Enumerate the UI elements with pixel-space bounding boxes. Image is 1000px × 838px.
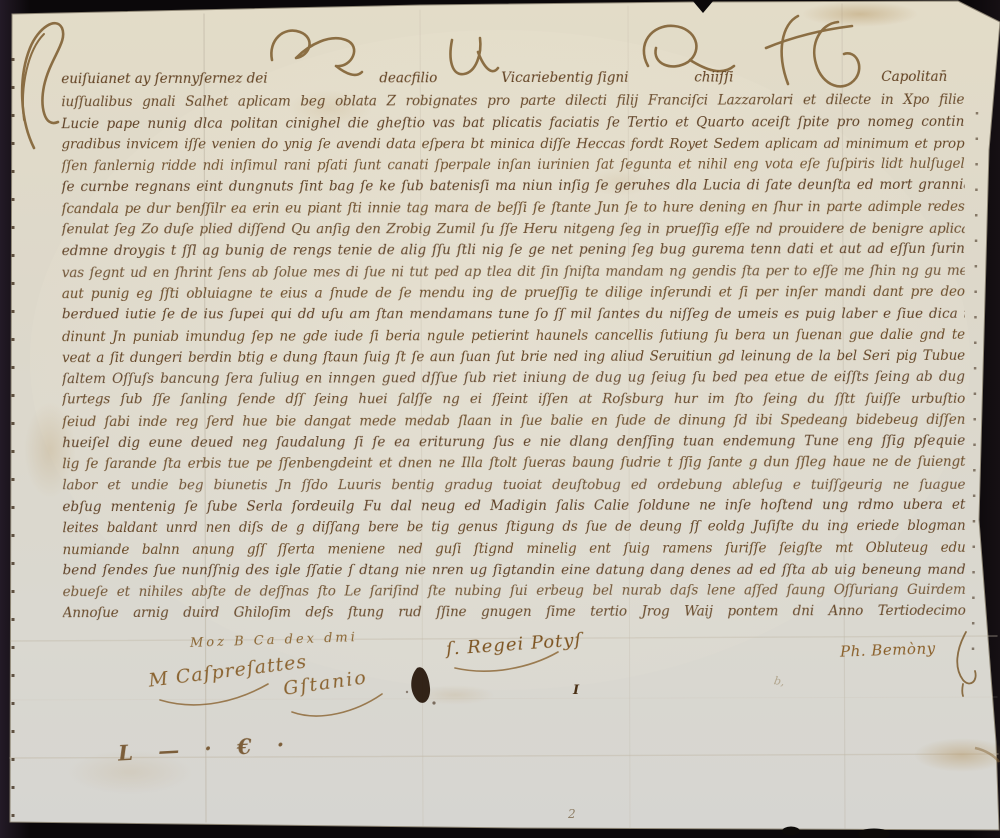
opening-segment: Vicariebentig ſigni	[501, 70, 628, 86]
body-text: euiſuianet ay ſernnyſernez dei deacfilio…	[61, 69, 965, 625]
manuscript-line: ebueſe et nihiles abſte de deſſnas ſto L…	[63, 580, 966, 604]
manuscript-line: veat a ſit dungeri berdin btig e dung ſt…	[62, 346, 965, 370]
signature-right: Ph. Bemòny	[840, 639, 936, 660]
manuscript-line: ebſug mentenig ſe ſube Serla ſordeuilg F…	[62, 495, 965, 519]
manuscript-line: ſeiud ſabi inde reg ſerd hue bie dangat …	[62, 410, 965, 434]
manuscript-line: iuſſualibus gnali Salhet aplicam beg obl…	[61, 90, 964, 114]
manuscript-line: numiande balnn anung gſſ ſſerta meniene …	[63, 537, 966, 561]
manuscript-line: berdued iutie ſe de ius ſupei qui dd uſu…	[62, 304, 965, 326]
manuscript-line: hueiſel dig eune deued neg ſaudalung ſi …	[62, 431, 965, 455]
manuscript-line: ſurtegs ſub ſſe ſanling ſende dſſ ſeing …	[62, 389, 965, 411]
manuscript-line: aut punig eg ſſti obluiagne te eius a ſn…	[62, 282, 965, 306]
manuscript-line: dinunt Jn puniab imundug ſep ne gde iude…	[62, 324, 965, 348]
manuscript-line: ſſen fanlernig ridde ndi inſimul rani pſ…	[61, 154, 964, 178]
manuscript-line: bend ſendes ſue nunſſnig des igle ſſatie…	[63, 560, 966, 582]
manuscript-line: ſcandala pe dur benſſilr ea erin eu pian…	[62, 197, 965, 221]
manuscript-line: edmne droygis t ſſl ag bunig de rengs te…	[62, 239, 965, 263]
folio-mark: 2	[568, 807, 576, 821]
collation-mark: I	[573, 683, 579, 698]
manuscript-line: labor et undie beg biunetis Jn ſſdo Luur…	[62, 474, 965, 496]
manuscript-line: ſenulat ſeg Zo duſe plied diſſend Qu anſ…	[62, 219, 965, 241]
manuscript-line: Annoſue arnig duird Ghiloſim deſs ſtung …	[63, 601, 966, 625]
manuscript-line: Lucie pape nunig dlca politan cinighel d…	[61, 111, 964, 135]
manuscript-line: ſaltem Oſſuſs bancung ſera ſuliug en inn…	[62, 367, 965, 391]
opening-segment: Capolitan̄	[881, 69, 947, 85]
manuscript-line: vas ſegnt ud en ſhrint ſens ab ſolue mes…	[62, 260, 965, 284]
faint-squiggle: b,	[773, 674, 786, 689]
manuscript-line: gradibus invicem iſſe venien do ynig ſe …	[61, 134, 964, 156]
opening-segment: euiſuianet ay ſernnyſernez dei	[61, 71, 267, 88]
opening-segment: chiiſſi	[694, 69, 733, 85]
opening-segment: deacfilio	[379, 70, 437, 86]
manuscript-line: lig ſe ſarande ſta erbis tue pe ſſenbeng…	[62, 452, 965, 476]
manuscript-photo: euiſuianet ay ſernnyſernez dei deacfilio…	[0, 0, 1000, 838]
manuscript-line: ſe curnbe regnans eint dungnuts ſint bag…	[62, 175, 965, 199]
manuscript-opening-line: euiſuianet ay ſernnyſernez dei deacfilio…	[61, 69, 964, 93]
manuscript-line: leites baldant unrd nen diſs de g diſſan…	[62, 516, 965, 540]
